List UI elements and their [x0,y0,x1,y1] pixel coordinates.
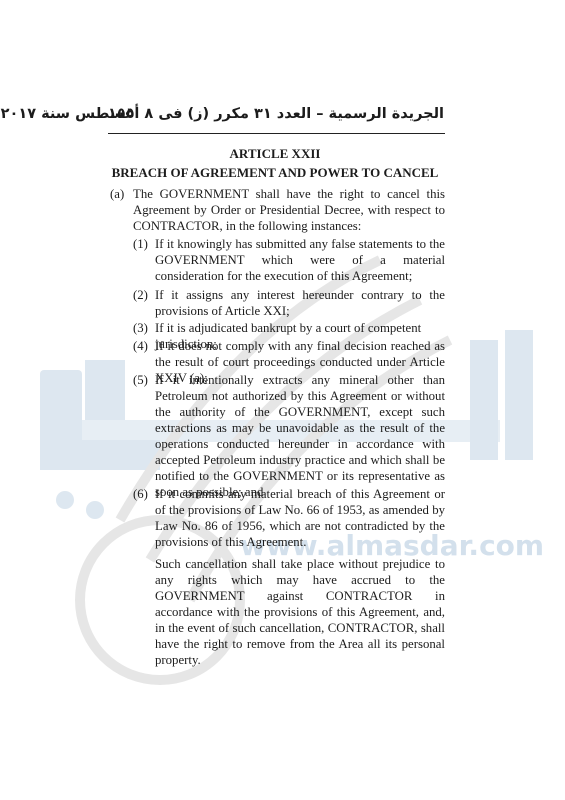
item-text: If it knowingly has submitted any false … [155,236,445,284]
item-label: (6) [133,486,148,502]
article-number: ARTICLE XXII [100,146,450,162]
header-divider [108,133,445,134]
item-label: (1) [133,236,148,252]
item-text: If it intentionally extracts any mineral… [155,372,445,500]
clause-label: (a) [110,186,124,202]
item-label: (4) [133,338,148,354]
item-label: (5) [133,372,148,388]
closing-paragraph: Such cancellation shall take place witho… [155,556,445,668]
item-text: If it commits any material breach of thi… [155,486,445,550]
document-page: الجريدة الرسمية – العدد ٣١ مكرر (ز) فى ٨… [0,0,565,800]
article-heading: BREACH OF AGREEMENT AND POWER TO CANCEL [100,165,450,181]
item-label: (3) [133,320,148,336]
gazette-title: الجريدة الرسمية – العدد ٣١ مكرر (ز) فى ٨… [1,106,444,122]
page-number: ١٥٥ [108,106,135,122]
item-text: If it assigns any interest hereunder con… [155,287,445,319]
gazette-header: الجريدة الرسمية – العدد ٣١ مكرر (ز) فى ٨… [108,106,444,126]
clause-text: The GOVERNMENT shall have the right to c… [133,186,445,234]
item-label: (2) [133,287,148,303]
